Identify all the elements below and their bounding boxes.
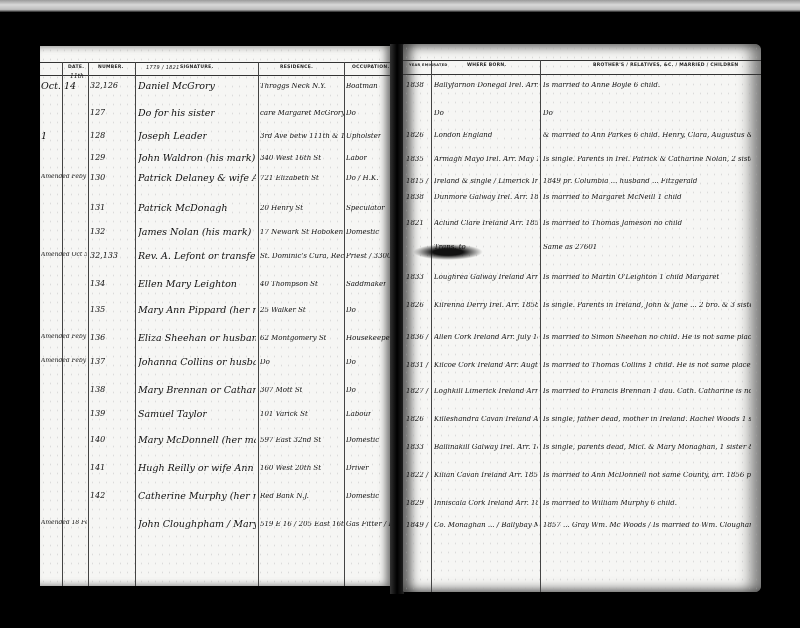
entry-relatives: Is single, parents dead, Micl. & Mary Mo…: [543, 444, 751, 451]
header-relatives: Brother's / Relatives, &c. / Married / C…: [593, 63, 738, 68]
entry-residence: Red Bank N.J.: [260, 493, 309, 500]
entry-residence: 20 Henry St: [260, 205, 303, 212]
date-column-rule: [88, 62, 89, 586]
entry-where-born: Allen Cork Ireland Arr. July 1852 pr. Iv…: [434, 334, 538, 341]
entry-signature: Mary Ann Pippard (her mark): [138, 306, 256, 316]
entry-number: 131: [90, 204, 105, 212]
entry-occupation: Do: [346, 110, 356, 117]
entry-number: 140: [90, 436, 105, 444]
header-date: Date.: [68, 65, 84, 70]
entry-residence: 597 East 32nd St: [260, 437, 321, 444]
entry-year: 1827 / 1842: [406, 388, 432, 395]
header-where-born: Where Born.: [467, 63, 506, 68]
entry-relatives: Is single. Parents in Ireland, John & Ja…: [543, 302, 751, 309]
entry-signature: Johanna Collins or husband Thomas Collin…: [138, 358, 256, 368]
entry-year: 1833: [406, 444, 424, 451]
entry-residence: St. Dominic's Cura, Rect. Gambourville: [260, 253, 344, 260]
entry-relatives: Do: [543, 110, 553, 117]
entry-number: 139: [90, 410, 105, 418]
entry-signature: Mary Brennan or Catharine Tittleton: [138, 386, 256, 396]
entry-number: 132: [90, 228, 105, 236]
entry-year: 1822 / 1832: [406, 472, 432, 479]
header-bottom-rule: [403, 74, 761, 75]
entry-signature: Catherine Murphy (her mark): [138, 492, 256, 502]
entry-occupation: Priest / 33005: [346, 253, 392, 260]
entry-number: 141: [90, 464, 105, 472]
entry-number: 142: [90, 492, 105, 500]
entry-relatives: Is married to Anne Boyle 6 child.: [543, 82, 660, 89]
entry-date: Amended Feby 10/63: [41, 358, 87, 364]
entry-signature: Do for his sister: [138, 109, 215, 119]
entry-date: Amended Feby 1/70: [41, 174, 87, 180]
entry-signature: Joseph Leader: [138, 132, 207, 142]
entry-occupation: Labor: [346, 155, 367, 162]
entry-where-born: Killeshandra Cavan Ireland Arr. April 18…: [434, 416, 538, 423]
header-bottom-rule: [40, 75, 392, 76]
book-gutter: [390, 44, 404, 594]
entry-residence: 307 Mott St: [260, 387, 302, 394]
entry-where-born: Trans. to: [434, 244, 466, 251]
entry-relatives: Is married to William Murphy 6 child.: [543, 500, 677, 507]
entry-relatives: Is married to Margaret McNeill 1 child: [543, 194, 682, 201]
entry-residence: care Margaret McGrory: [260, 110, 344, 117]
entry-signature: Patrick McDonagh: [138, 204, 228, 214]
entry-year: 1826: [406, 416, 424, 423]
entry-year: 1849 / 1827: [406, 522, 432, 529]
entry-date: Amended Feby 9/63: [41, 334, 87, 340]
entry-relatives: Is married to Simon Sheehan no child. He…: [543, 334, 751, 341]
entry-signature: Eliza Sheehan or husband Simon Sheehan: [138, 334, 256, 344]
entry-number: 138: [90, 386, 105, 394]
entry-residence: 3rd Ave betw 111th & 112th: [260, 133, 344, 140]
signature-column-rule: [258, 62, 259, 586]
header-note: 1779 / 1821: [146, 65, 180, 71]
entry-occupation: Speculator: [346, 205, 385, 212]
entry-year: 1821: [406, 220, 424, 227]
entry-where-born: Dunmore Galway Irel. Arr. 1851 pr. Whitn…: [434, 194, 538, 201]
entry-number: 134: [90, 280, 105, 288]
number-column-rule: [135, 62, 136, 586]
entry-where-born: Loughrea Galway Ireland Arr. 1851 pr. Ma…: [434, 274, 538, 281]
entry-year: 1831 / 1828: [406, 362, 432, 369]
header-top-rule: [40, 62, 392, 63]
entry-occupation: Do / H.K.: [346, 175, 378, 182]
entry-residence: Throggs Neck N.Y.: [260, 83, 326, 90]
entry-number: 136: [90, 334, 105, 342]
entry-signature: John Waldron (his mark): [138, 154, 255, 164]
entry-occupation: Domestic: [346, 437, 379, 444]
header-top-rule: [403, 60, 761, 61]
entry-relatives: 1857 ... Gray Wm. Mc Woods / Is married …: [543, 522, 751, 529]
entry-signature: John Cloughpham / Mary Jane Clougham: [138, 520, 256, 530]
entry-relatives: Same as 27601: [543, 244, 597, 251]
entry-where-born: Kilian Cavan Ireland Arr. 1856 pr. James…: [434, 472, 538, 479]
entry-year: 1829: [406, 500, 424, 507]
entry-date: Oct. 14: [41, 82, 76, 92]
entry-signature: Samuel Taylor: [138, 410, 207, 420]
entry-occupation: Do: [346, 359, 356, 366]
entry-residence: 340 West 16th St: [260, 155, 321, 162]
entry-number: 130: [90, 174, 105, 182]
entry-occupation: Domestic: [346, 229, 379, 236]
entry-relatives: & married to Ann Parkes 6 child. Henry, …: [543, 132, 751, 139]
entry-number: 32,133: [90, 252, 118, 260]
entry-date: 1: [41, 132, 47, 142]
entry-relatives: Is married to Thomas Jameson no child: [543, 220, 682, 227]
entry-signature: Rev. A. Lefont or transferred from 27601: [138, 252, 256, 262]
entry-occupation: Upholster: [346, 133, 381, 140]
header-signature: Signature.: [180, 65, 213, 70]
entry-year: 1815 / 1834: [406, 178, 432, 185]
entry-number: 135: [90, 306, 105, 314]
entry-occupation: Labour: [346, 411, 371, 418]
entry-residence: 62 Montgomery St: [260, 335, 326, 342]
entry-relatives: Is married to Thomas Collins 1 child. He…: [543, 362, 751, 369]
entry-where-born: Do: [434, 110, 444, 117]
entry-relatives: Is married to Francis Brennan 1 dau. Cat…: [543, 388, 751, 395]
entry-signature: Ellen Mary Leighton: [138, 280, 237, 290]
entry-occupation: Domestic: [346, 493, 379, 500]
entry-occupation: Do: [346, 307, 356, 314]
entry-year: 1833: [406, 274, 424, 281]
entry-number: 129: [90, 154, 105, 162]
entry-signature: Hugh Reilly or wife Ann Reilly: [138, 464, 256, 474]
entry-date: Amended 18 Feby 76/63: [41, 520, 87, 526]
entry-where-born: London England: [434, 132, 492, 139]
header-year: Year Emigrated: [409, 63, 448, 67]
entry-residence: 25 Walker St: [260, 307, 306, 314]
entry-where-born: Ballyfarnon Donegal Irel. Arr. 1849 pr. …: [434, 82, 538, 89]
entry-where-born: Ireland & single / Limerick Ireld.: [434, 178, 538, 185]
entry-residence: Do: [260, 359, 270, 366]
header-residence: Residence.: [280, 65, 313, 70]
entry-signature: Patrick Delaney & wife Annie: [138, 174, 256, 184]
entry-date: Amended Oct 5/63: [41, 252, 87, 258]
entry-occupation: Driver: [346, 465, 369, 472]
entry-year: 1838: [406, 194, 424, 201]
entry-signature: Mary McDonnell (her mark): [138, 436, 256, 446]
entry-year: 1835: [406, 156, 424, 163]
entry-where-born: Kilcoe Cork Ireland Arr. Augt. 1850 pr. …: [434, 362, 538, 369]
entry-year: 1838: [406, 82, 424, 89]
entry-number: 128: [90, 132, 105, 140]
entry-year: 1836 / 1834: [406, 334, 432, 341]
scan-edge-strip: [0, 0, 800, 12]
entry-residence: 519 E 16 / 205 East 16th: [260, 521, 344, 528]
residence-column-rule: [344, 62, 345, 586]
entry-residence: 101 Varick St: [260, 411, 308, 418]
entry-residence: 721 Elizabeth St: [260, 175, 319, 182]
entry-where-born: Kilrenna Derry Irel. Arr. 1858 pr. Dubli…: [434, 302, 538, 309]
entry-occupation: Boatman: [346, 83, 378, 90]
margin-rule: [62, 62, 63, 586]
entry-signature: Daniel McGrory: [138, 82, 215, 92]
entry-relatives: Is single. Parents in Irel. Patrick & Ca…: [543, 156, 751, 163]
entry-number: 32,126: [90, 82, 118, 90]
entry-occupation: Housekeeper: [346, 335, 392, 342]
entry-signature: James Nolan (his mark): [138, 228, 251, 238]
entry-residence: 40 Thompson St: [260, 281, 318, 288]
entry-occupation: Saddmaker: [346, 281, 386, 288]
entry-residence: 160 West 20th St: [260, 465, 321, 472]
where-born-column-rule: [540, 60, 541, 592]
entry-year: 1826: [406, 302, 424, 309]
entry-where-born: Ballinakill Galway Irel. Arr. 1855 pr.: [434, 444, 538, 451]
entry-relatives: Is married to Martin O'Leighton 1 child …: [543, 274, 719, 281]
entry-year: 1826: [406, 132, 424, 139]
entry-residence: 17 Newark St Hoboken N.J.: [260, 229, 344, 236]
entry-where-born: Armagh Mayo Irel. Arr. May 1849 pr. Isab…: [434, 156, 538, 163]
entry-where-born: Loghkill Limerick Ireland Arr. Oct. 1851…: [434, 388, 538, 395]
entry-number: 137: [90, 358, 105, 366]
header-number: Number.: [98, 65, 124, 70]
year-column-rule: [431, 60, 432, 592]
header-occupation: Occupation.: [352, 65, 389, 70]
entry-where-born: Aclund Clare Ireland Arr. 1854 pr. Hope: [434, 220, 538, 227]
entry-where-born: Co. Monaghan ... / Ballybay Monaghan Ire…: [434, 522, 538, 529]
entry-relatives: Is single, father dead, mother in Irelan…: [543, 416, 751, 423]
entry-relatives: 1849 pr. Columbia ... husband ... Fitzge…: [543, 178, 697, 185]
entry-occupation: Gas Fitter / Housekeeper: [346, 521, 392, 528]
ledger-left-page: Date. Number. 1779 / 1821 Signature. Res…: [40, 46, 392, 586]
entry-number: 127: [90, 109, 105, 117]
entry-relatives: Is married to Ann McDonnell not same Cou…: [543, 472, 751, 479]
entry-occupation: Do: [346, 387, 356, 394]
entry-date-note: 11th: [70, 74, 84, 80]
ledger-right-page: Year Emigrated Where Born. Brother's / R…: [403, 44, 761, 592]
entry-where-born: Inniscala Cork Ireland Arr. 1848 pr. Was…: [434, 500, 538, 507]
